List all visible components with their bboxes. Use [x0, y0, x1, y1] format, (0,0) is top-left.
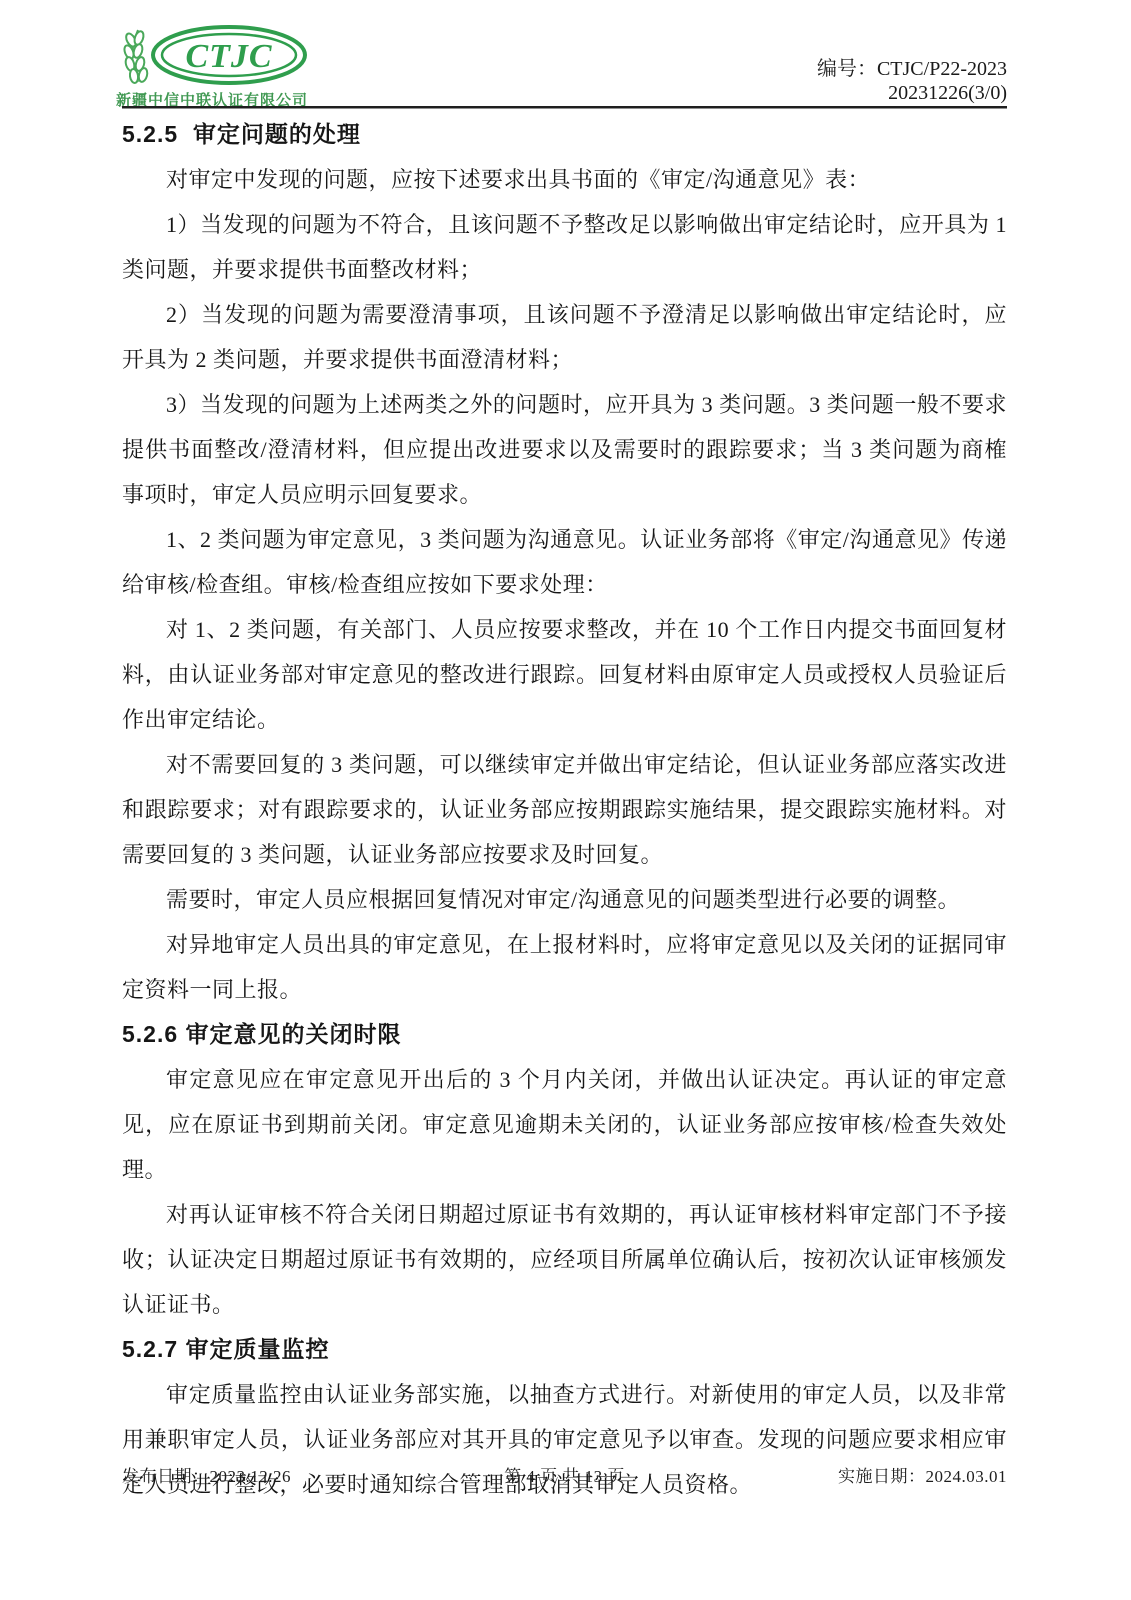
body-paragraph: 对 1、2 类问题，有关部门、人员应按要求整改，并在 10 个工作日内提交书面回… [122, 607, 1007, 742]
body-paragraph: 1、2 类问题为审定意见，3 类问题为沟通意见。认证业务部将《审定/沟通意见》传… [122, 517, 1007, 607]
body-paragraph: 3）当发现的问题为上述两类之外的问题时，应开具为 3 类问题。3 类问题一般不要… [122, 382, 1007, 517]
document-revision: 20231226(3/0) [817, 81, 1007, 105]
section-heading-5-2-6: 5.2.6 审定意见的关闭时限 [122, 1012, 1007, 1057]
body-paragraph: 对再认证审核不符合关闭日期超过原证书有效期的，再认证审核材料审定部门不予接收；认… [122, 1192, 1007, 1327]
body-paragraph: 需要时，审定人员应根据回复情况对审定/沟通意见的问题类型进行必要的调整。 [122, 877, 1007, 922]
body-paragraph: 对异地审定人员出具的审定意见，在上报材料时，应将审定意见以及关闭的证据同审定资料… [122, 922, 1007, 1012]
body-paragraph: 对不需要回复的 3 类问题，可以继续审定并做出审定结论，但认证业务部应落实改进和… [122, 742, 1007, 877]
body-paragraph: 对审定中发现的问题，应按下述要求出具书面的《审定/沟通意见》表： [122, 157, 1007, 202]
document-number: 编号：CTJC/P22-2023 [817, 57, 1007, 81]
ctjc-logo-icon: CTJC [116, 24, 312, 86]
page-indicator: 第 4 页 共 13 页 [504, 1462, 625, 1487]
company-logo: CTJC 新疆中信中联认证有限公司 [116, 24, 326, 110]
body-paragraph: 审定意见应在审定意见开出后的 3 个月内关闭，并做出认证决定。再认证的审定意见，… [122, 1057, 1007, 1192]
body-paragraph: 1）当发现的问题为不符合，且该问题不予整改足以影响做出审定结论时，应开具为 1 … [122, 202, 1007, 292]
body-paragraph: 2）当发现的问题为需要澄清事项，且该问题不予澄清足以影响做出审定结论时，应开具为… [122, 292, 1007, 382]
wheat-ear-icon [123, 30, 149, 83]
release-date: 发布日期：2023.12.26 [122, 1462, 291, 1487]
logo-text: CTJC [185, 38, 272, 75]
page-footer: 发布日期：2023.12.26 第 4 页 共 13 页 实施日期：2024.0… [122, 1462, 1007, 1487]
implementation-date: 实施日期：2024.03.01 [838, 1462, 1007, 1487]
header-divider [122, 106, 1007, 109]
section-heading-5-2-7: 5.2.7 审定质量监控 [122, 1327, 1007, 1372]
document-body: 5.2.5 审定问题的处理 对审定中发现的问题，应按下述要求出具书面的《审定/沟… [122, 112, 1007, 1507]
section-heading-5-2-5: 5.2.5 审定问题的处理 [122, 112, 1007, 157]
document-page: CTJC 新疆中信中联认证有限公司 编号：CTJC/P22-2023 20231… [0, 0, 1131, 1600]
document-meta: 编号：CTJC/P22-2023 20231226(3/0) [817, 57, 1007, 105]
